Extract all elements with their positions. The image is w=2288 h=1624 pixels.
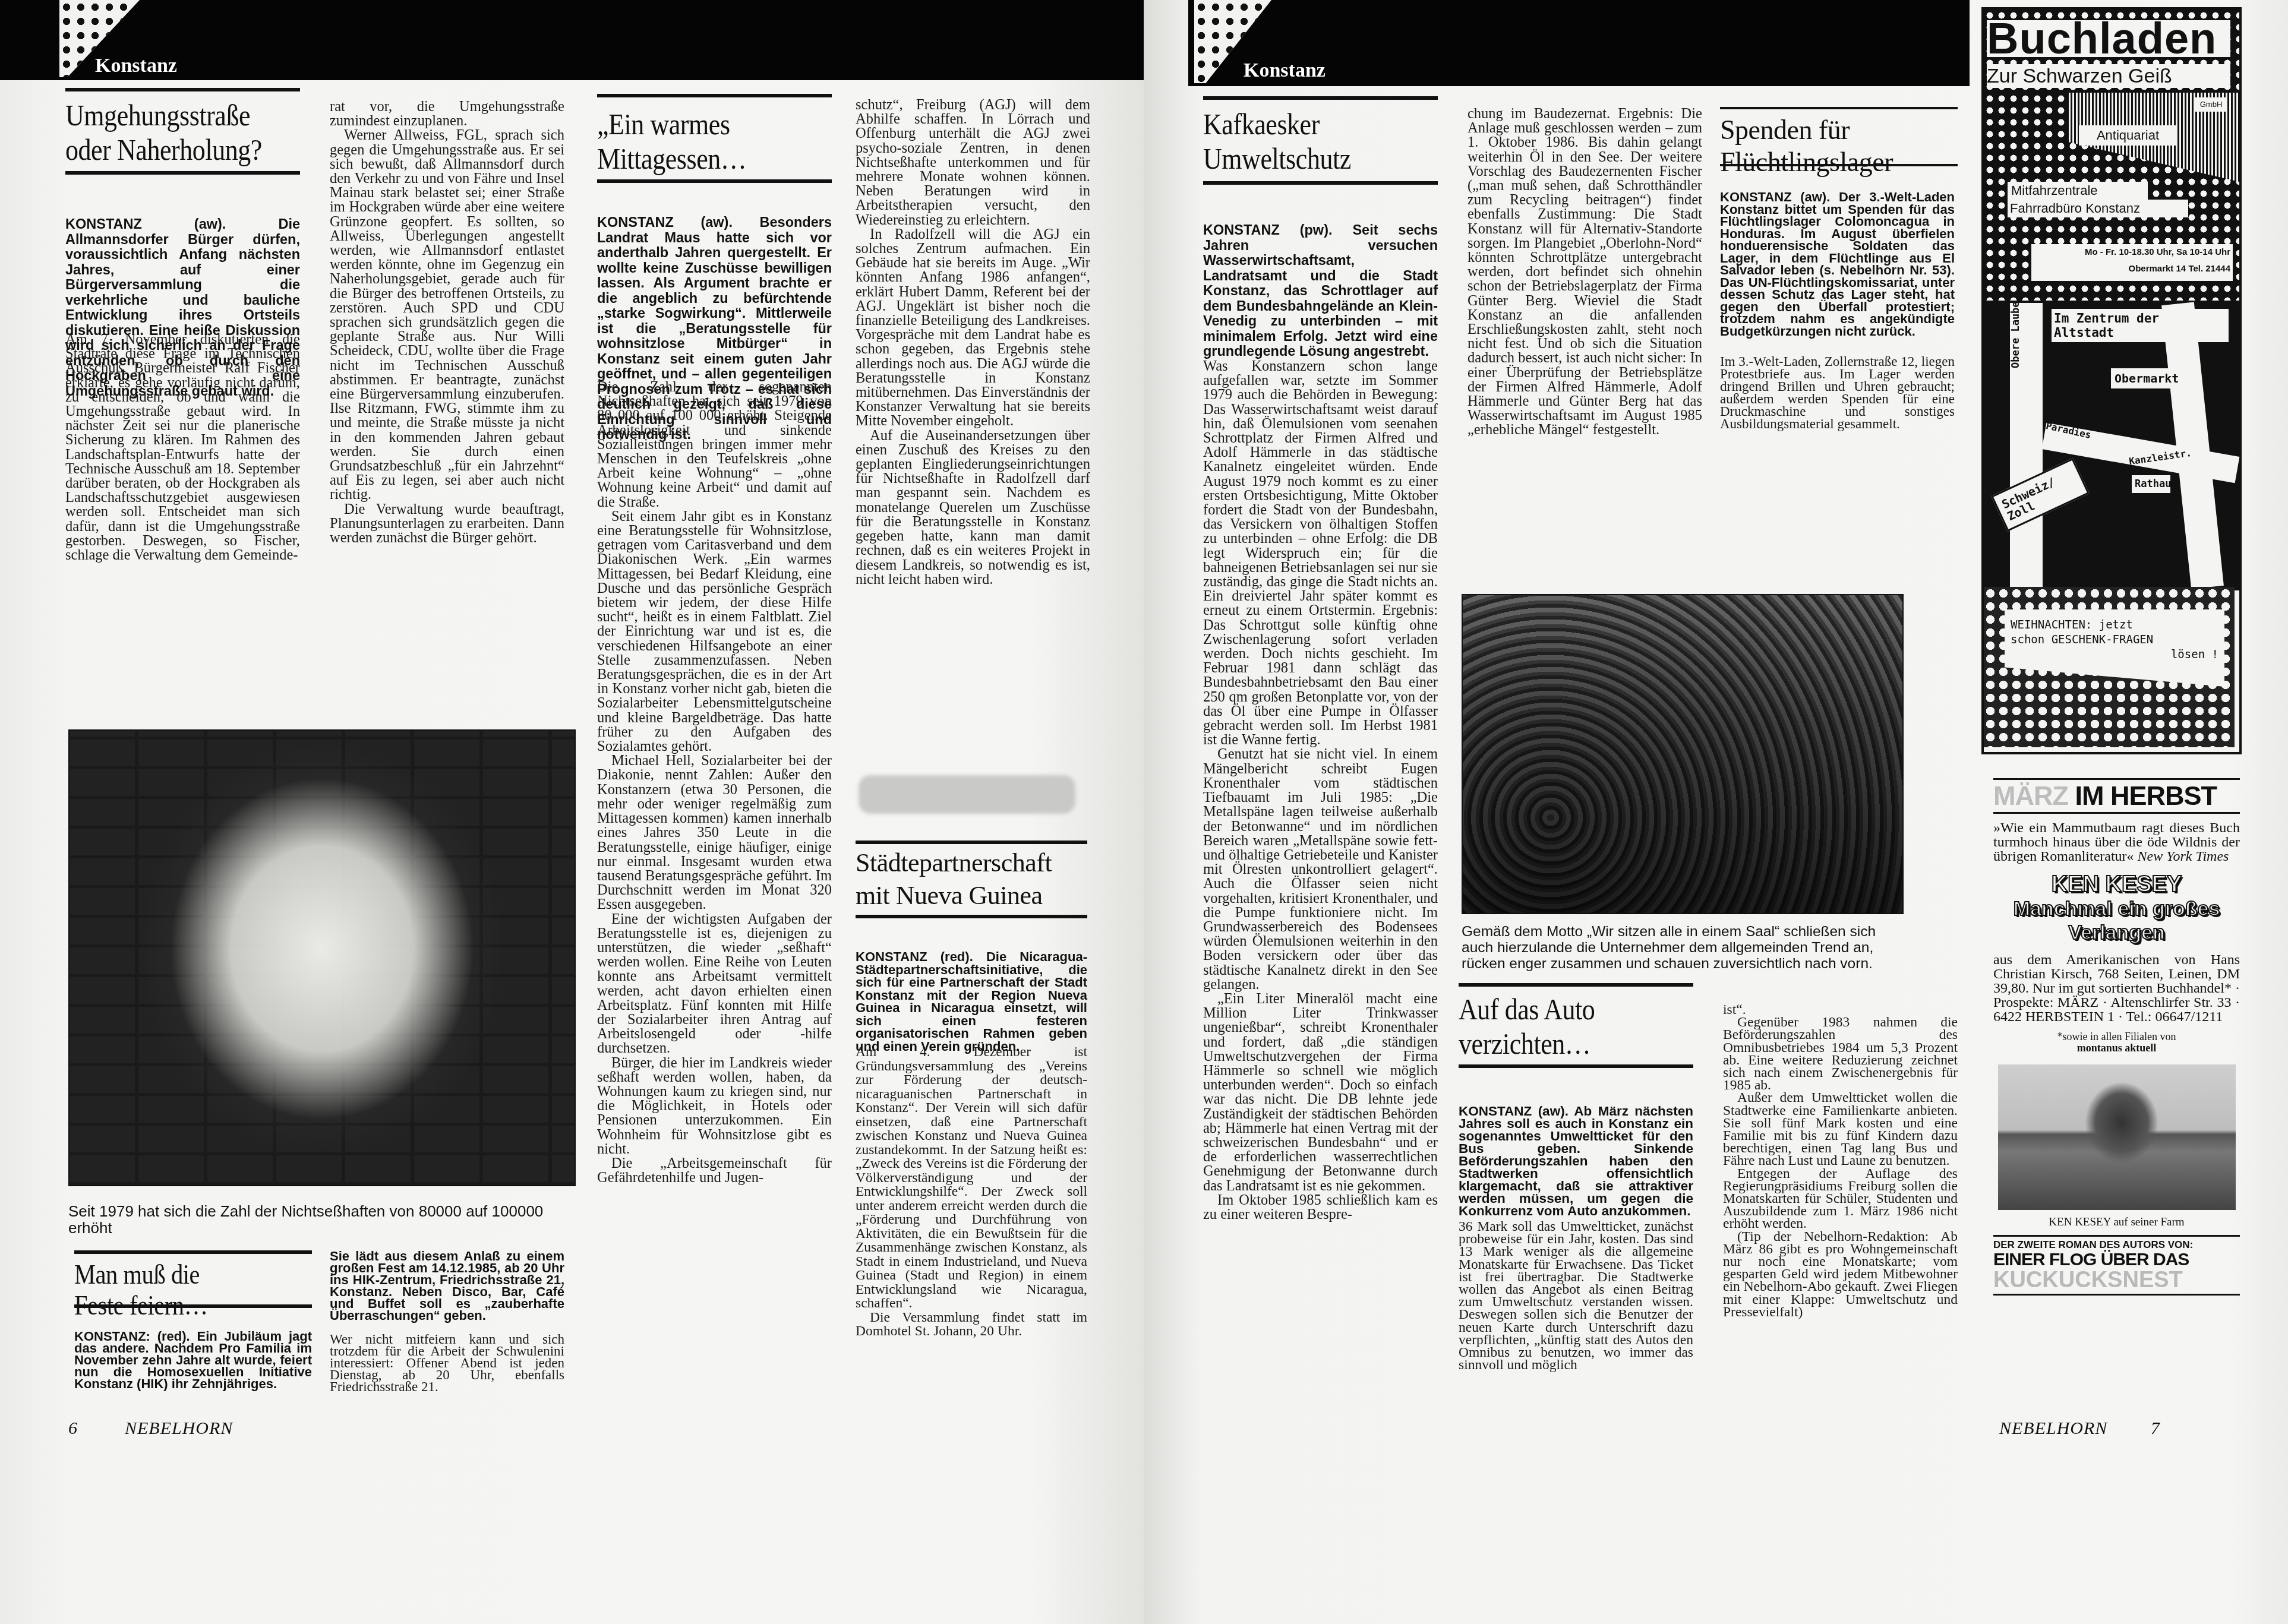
section-label: Konstanz xyxy=(1244,59,1326,82)
page-number-left: 6 xyxy=(68,1418,78,1439)
footnote-text: *sowie in allen Filialen von xyxy=(1993,1031,2240,1042)
ad-details: aus dem Amerikanischen von Hans Christia… xyxy=(1993,953,2240,1024)
ad-book-title: Manchmal ein großes Verlangen xyxy=(1993,897,2240,944)
body-mittagessen-col1: Die Zahl der sogenannten Nichtseßhaften … xyxy=(597,380,832,1185)
lead-kafkaesker: KONSTANZ (pw). Seit sechs Jahren versuch… xyxy=(1203,223,1438,359)
left-page: Konstanz Umgehungsstraße oder Naherholun… xyxy=(0,0,1144,1624)
quote-source: New York Times xyxy=(2138,849,2229,864)
photo-ken-kesey-farm xyxy=(1998,1064,2236,1210)
ad-service-2: Fahrradbüro Konstanz xyxy=(2008,200,2188,217)
ad-service-1: Mitfahrzentrale xyxy=(2008,182,2148,200)
map-place-rathaus: Rathaus xyxy=(2132,475,2170,493)
gray-smudge-decoration xyxy=(859,775,1075,814)
body-auto-col2: ist“. Gegenüber 1983 nahmen die Beförder… xyxy=(1723,1004,1958,1319)
headline-auto: Auf das Auto verzichten… xyxy=(1459,992,1595,1061)
map-street-obere-laube: Obere Laube xyxy=(2010,301,2022,368)
publication-name-left: NEBELHORN xyxy=(125,1418,233,1439)
headline-umgehung: Umgehungsstraße oder Naherholung? xyxy=(65,98,262,167)
ad-prev-title: EINER FLOG ÜBER DAS xyxy=(1993,1251,2240,1269)
promo-line: lösen ! xyxy=(2011,647,2218,662)
headline-rule-top xyxy=(1459,983,1693,987)
ad-antiquariat: Antiquariat xyxy=(2079,125,2177,146)
map-street-hussenstr: Hussenstr. xyxy=(2100,477,2128,531)
headline-staedtepartnerschaft: Städtepartnerschaft mit Nueva Guinea xyxy=(856,846,1052,912)
ad-map: Im Zentrum der Altstadt Obere Laube Ober… xyxy=(1984,301,2239,590)
book-title-line: Manchmal ein großes xyxy=(1993,897,2240,921)
headline-mittagessen: „Ein warmes Mittagessen… xyxy=(597,107,746,176)
body-auto-col1: 36 Mark soll das Umweltticket, zunächst … xyxy=(1459,1221,1693,1372)
headline-rule-top xyxy=(74,1250,312,1254)
headline-rule-bottom xyxy=(856,915,1087,918)
ad-title: Buchladen xyxy=(1987,20,2230,57)
ad-author: KEN KESEY xyxy=(1993,872,2240,897)
ad-subtitle: Zur Schwarzen Geiß xyxy=(1987,64,2230,88)
body-staedtepartnerschaft: Am 4. Dezember ist Gründungsversammlung … xyxy=(856,1045,1087,1339)
lead-staedtepartnerschaft: KONSTANZ (red). Die Nicaragua-Städtepart… xyxy=(856,950,1087,1053)
ad-photo-caption: KEN KESEY auf seiner Farm xyxy=(1993,1216,2240,1229)
ad-tagline-block: DER ZWEITE ROMAN DES AUTORS VON: EINER F… xyxy=(1993,1235,2240,1296)
headline-spenden: Spenden für Flüchtlingslager xyxy=(1720,114,1893,178)
headline-kafkaesker: Kafkaesker Umweltschutz xyxy=(1203,107,1351,176)
body-umgehung-col1: Am 7. November diskutierten die Stadträt… xyxy=(65,333,300,563)
promo-line: schon GESCHENK-FRAGEN xyxy=(2011,633,2218,647)
headline-rule-top xyxy=(1203,96,1438,100)
body-mittagessen-col2: schutz“, Freiburg (AGJ) will dem Abhilfe… xyxy=(856,98,1090,587)
ad-address: Obermarkt 14 Tel. 21444 xyxy=(2031,261,2230,277)
headline-rule-top xyxy=(597,94,832,97)
lead-spenden: KONSTANZ (aw). Der 3.-Welt-Laden Konstan… xyxy=(1720,191,1955,337)
ad-quote: »Wie ein Mammutbaum ragt dieses Buch tur… xyxy=(1993,821,2240,864)
ad-buchladen: Buchladen Zur Schwarzen Geiß GmbH Antiqu… xyxy=(1981,7,2242,754)
promo-line: WEIHNACHTEN: jetzt xyxy=(2011,618,2218,633)
body-umgehung-col2: rat vor, die Umgehungsstraße zumindest e… xyxy=(330,100,564,545)
ad-maerz-header: MÄRZ IM HERBST xyxy=(1993,778,2240,814)
page-number-right: 7 xyxy=(2151,1418,2160,1439)
headline-rule-bottom xyxy=(597,179,832,183)
right-page: Konstanz Kafkaesker Umweltschutz KONSTAN… xyxy=(1144,0,2288,1624)
ad-hours-address: Mo - Fr. 10-18.30 Uhr, Sa 10-14 Uhr Ober… xyxy=(2031,244,2233,281)
ad-tagline: DER ZWEITE ROMAN DES AUTORS VON: xyxy=(1993,1239,2240,1251)
lead-feste-col2: Sie lädt aus diesem Anlaß zu einem große… xyxy=(330,1250,564,1322)
body-kafkaesker-col1: Was Konstanzern schon lange aufgefallen … xyxy=(1203,359,1438,1222)
book-title-line: Verlangen xyxy=(1993,921,2240,944)
body-kafkaesker-col2: chung im Baudezernat. Ergebnis: Die Anla… xyxy=(1468,107,1702,438)
body-feste: Wer nicht mitfeiern kann und sich trotzd… xyxy=(330,1334,564,1393)
map-banner: Im Zentrum der Altstadt xyxy=(2052,309,2229,342)
headline-feste: Man muß die Feste feiern… xyxy=(74,1259,208,1321)
ad-legal-form: GmbH xyxy=(2195,97,2227,112)
photo-audience xyxy=(1462,594,1904,914)
lead-auto: KONSTANZ (aw). Ab März nächsten Jahres s… xyxy=(1459,1105,1693,1217)
headline-rule-top xyxy=(1720,107,1958,109)
photo-brick-face xyxy=(68,729,576,1186)
headline-rule-top xyxy=(65,88,300,91)
headline-rule-bottom xyxy=(65,171,300,175)
ad-prev-title: KUCKUCKSNEST xyxy=(1993,1269,2240,1291)
ad-footnote: *sowie in allen Filialen von montanus ak… xyxy=(1993,1031,2240,1054)
ad-hours: Mo - Fr. 10-18.30 Uhr, Sa 10-14 Uhr xyxy=(2031,244,2230,261)
photo-caption: Seit 1979 hat sich die Zahl der Nichtseß… xyxy=(68,1203,561,1236)
headline-rule-bottom xyxy=(1459,1064,1693,1068)
ad-maerz: MÄRZ IM HERBST »Wie ein Mammutbaum ragt … xyxy=(1993,778,2240,1296)
map-place-obermarkt: Obermarkt xyxy=(2111,368,2172,388)
photo-caption: Gemäß dem Motto „Wir sitzen alle in eine… xyxy=(1462,924,1904,972)
ad-brand: MÄRZ xyxy=(1993,781,2068,811)
headline-rule-bottom xyxy=(1720,164,1958,166)
lead-feste: KONSTANZ: (red). Ein Jubiläum jagt das a… xyxy=(74,1331,312,1390)
headline-rule-bottom xyxy=(1203,181,1438,185)
body-spenden: Im 3.-Welt-Laden, Zollernstraße 12, lieg… xyxy=(1720,355,1955,430)
headline-rule-top xyxy=(856,841,1087,844)
section-label: Konstanz xyxy=(95,55,177,77)
headline-rule-bottom xyxy=(74,1304,312,1308)
publication-name-right: NEBELHORN xyxy=(1999,1418,2107,1439)
ad-title: IM HERBST xyxy=(2075,781,2217,811)
footnote-brand: montanus aktuell xyxy=(1993,1042,2240,1054)
